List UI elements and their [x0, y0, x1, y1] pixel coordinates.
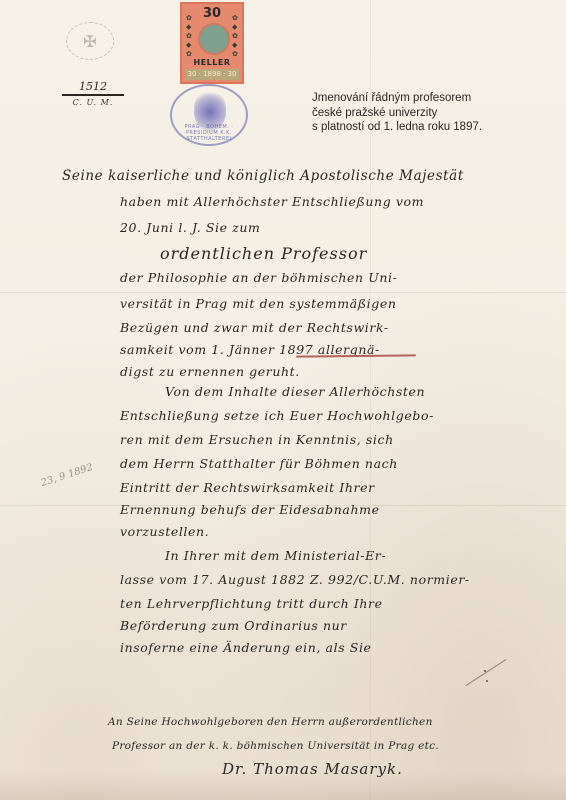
- letter-line: Ernennung behufs der Eidesabnahme: [120, 502, 380, 517]
- letter-line: lasse vom 17. August 1882 Z. 992/C.U.M. …: [120, 572, 470, 587]
- letter-line: 20. Juni l. J. Sie zum: [120, 220, 261, 235]
- address-line: An Seine Hochwohlgeboren den Herrn außer…: [108, 716, 433, 728]
- continuation-dot: [486, 680, 488, 682]
- letter-line: ten Lehrverpflichtung tritt durch Ihre: [120, 596, 383, 611]
- letter-line: Bezügen und zwar mit der Rechtswirk-: [120, 320, 389, 335]
- letter-line: vorzustellen.: [120, 524, 209, 539]
- address-line: Professor an der k. k. böhmischen Univer…: [112, 740, 439, 752]
- letter-line: Von dem Inhalte dieser Allerhöchsten: [165, 384, 425, 399]
- letter-line: versität in Prag mit den systemmäßigen: [120, 296, 397, 311]
- letter-line: Seine kaiserliche und königlich Apostoli…: [62, 168, 464, 184]
- letter-line: dem Herrn Statthalter für Böhmen nach: [120, 456, 398, 471]
- letter-line: Entschließung setze ich Euer Hochwohlgeb…: [120, 408, 434, 423]
- letter-line: haben mit Allerhöchster Entschließung vo…: [120, 194, 424, 209]
- letter-line: Eintritt der Rechtswirksamkeit Ihrer: [120, 480, 375, 495]
- letter-line-title: ordentlichen Professor: [160, 244, 367, 263]
- red-underline: [296, 354, 416, 357]
- letter-line: digst zu ernennen geruht.: [120, 364, 300, 379]
- paper-edge-shadow: [0, 770, 566, 800]
- continuation-dot: [484, 670, 486, 672]
- letter-line: insoferne eine Änderung ein, als Sie: [120, 640, 372, 655]
- letter-line: ren mit dem Ersuchen in Kenntnis, sich: [120, 432, 394, 447]
- letter-line: Beförderung zum Ordinarius nur: [120, 618, 347, 633]
- letter-body: Seine kaiserliche und königlich Apostoli…: [0, 0, 566, 800]
- letter-line: In Ihrer mit dem Ministerial-Er-: [165, 548, 386, 563]
- letter-line: der Philosophie an der böhmischen Uni-: [120, 270, 397, 285]
- margin-pencil-note: 23, 9 1892: [40, 462, 95, 489]
